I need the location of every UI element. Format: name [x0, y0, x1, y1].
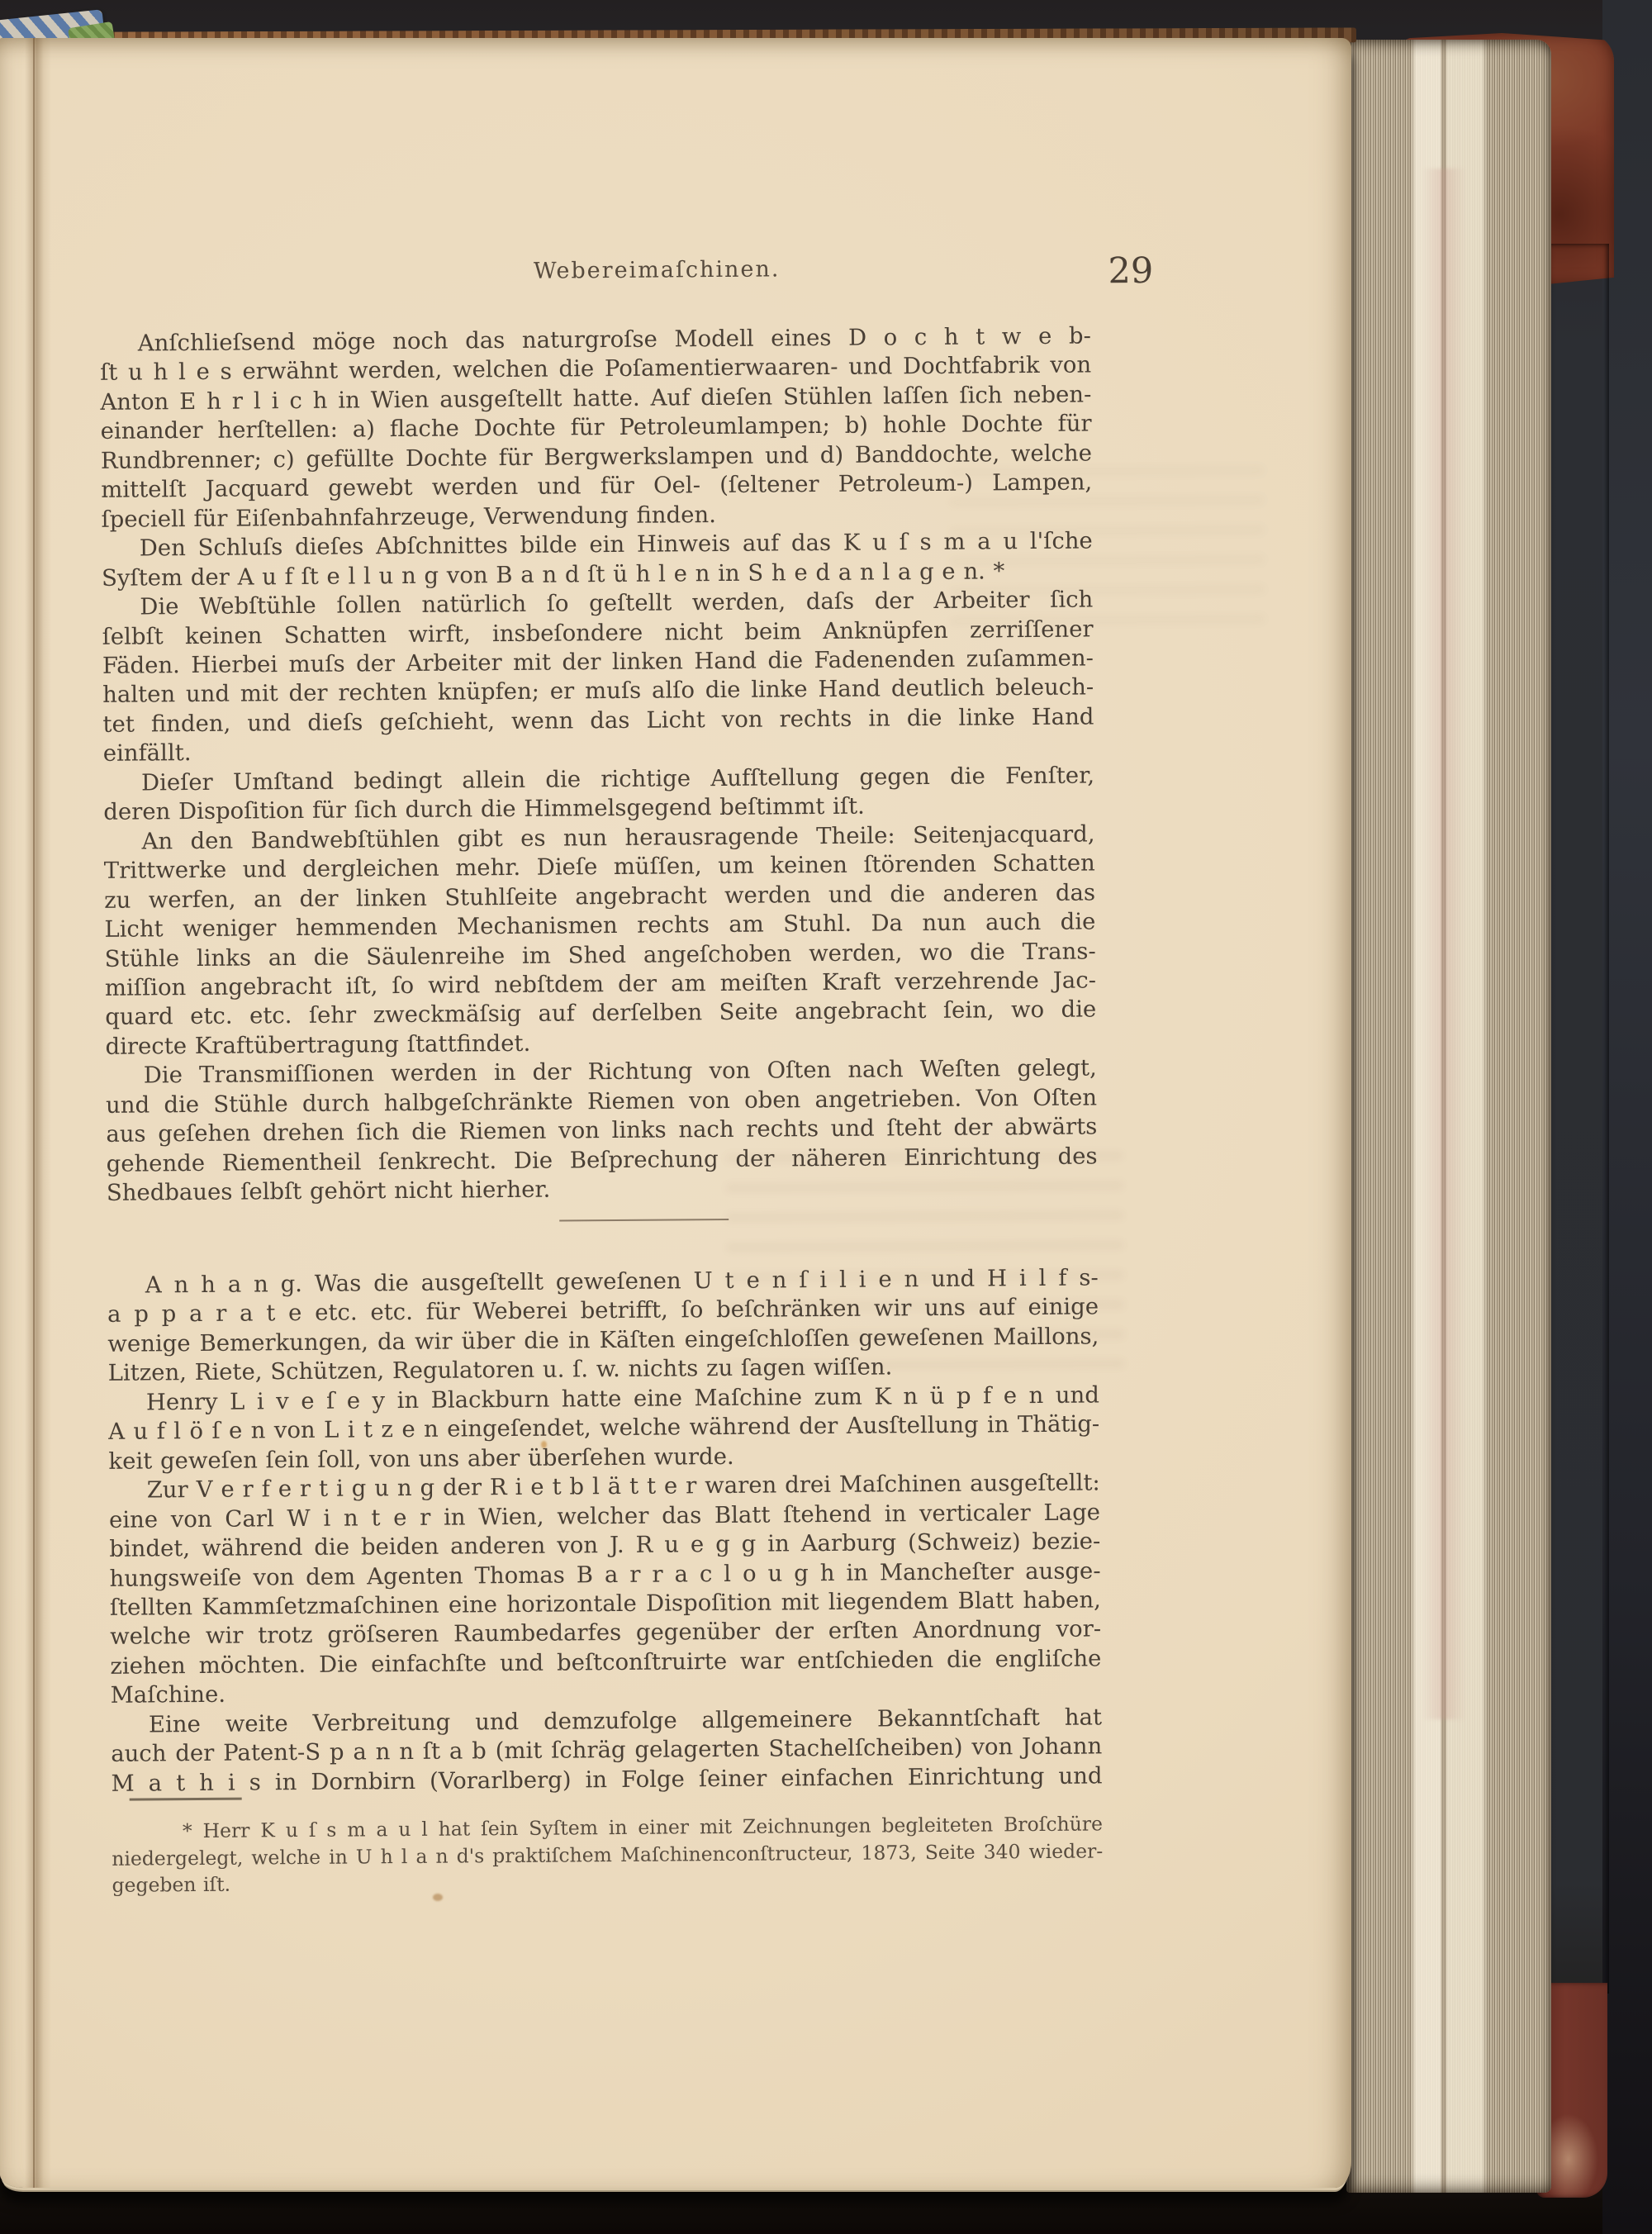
page-number: 29: [1108, 254, 1153, 289]
gutter-crease: [25, 38, 51, 2188]
footnote-block: * Herr K u ſ s m a u l hat ſein Syſtem i…: [112, 1810, 1104, 1899]
running-head-title: Webereimaſchinen.: [99, 250, 1090, 291]
section-divider-rule: [559, 1219, 729, 1222]
page-header: Webereimaſchinen. 29: [99, 250, 1090, 296]
printed-page-content: Webereimaſchinen. 29 Anſchlieſsend möge …: [97, 34, 1105, 2189]
book-scan-photo: { "document": { "running_head": "Weberei…: [0, 0, 1652, 2234]
book-cover-marbled-edge: [1545, 244, 1609, 1994]
anhang-text-block: A n h a n g. Was die ausgeſtellt geweſen…: [107, 1263, 1103, 1799]
photo-background-right: [1602, 0, 1652, 2234]
page-block-fore-edge: [1346, 40, 1551, 2193]
book-page: Webereimaſchinen. 29 Anſchlieſsend möge …: [0, 38, 1351, 2188]
footnote-separator-rule: [130, 1798, 242, 1801]
main-text-block: Anſchlieſsend möge noch das naturgroſse …: [100, 321, 1098, 1208]
